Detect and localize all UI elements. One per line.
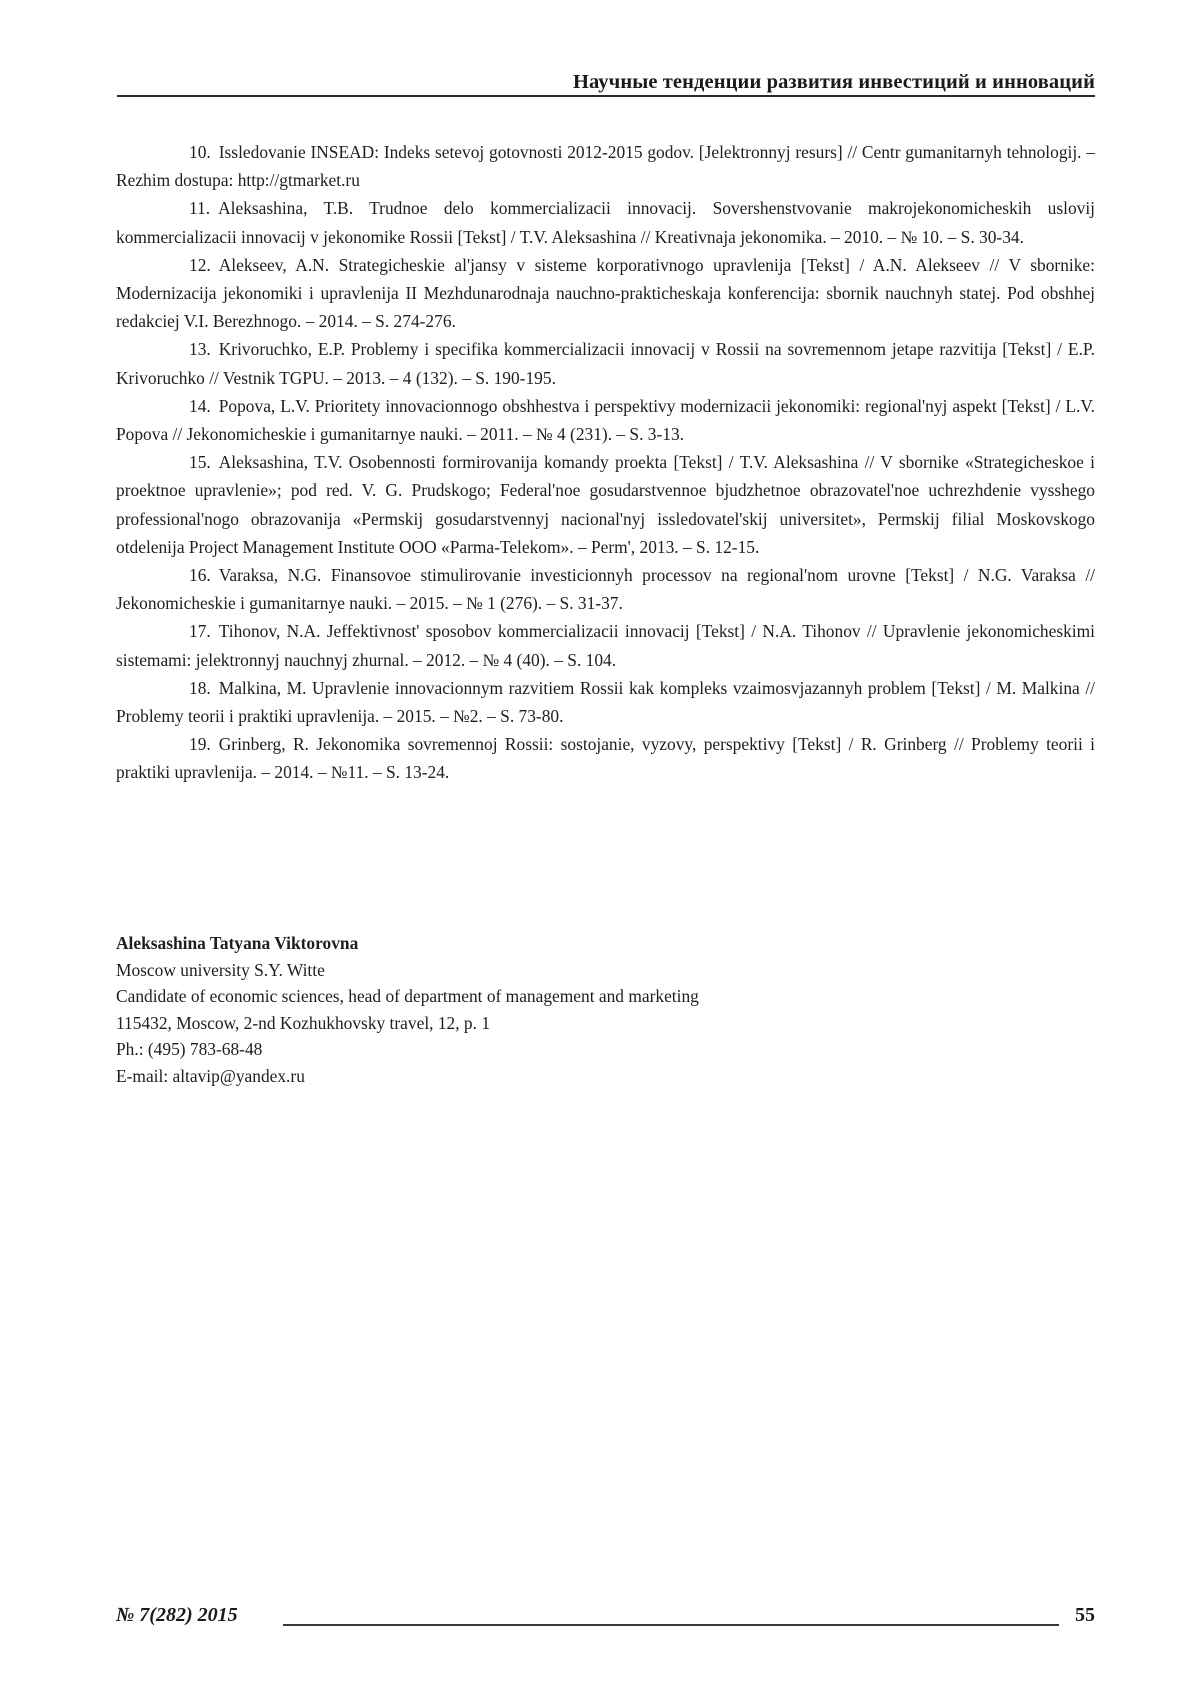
reference-number: 15. — [189, 452, 211, 472]
issue-number: № 7(282) 2015 — [116, 1603, 238, 1627]
reference-text: Popova, L.V. Prioritety innovacionnogo o… — [116, 396, 1095, 444]
reference-text: Tihonov, N.A. Jeffektivnost' sposobov ko… — [116, 621, 1095, 669]
reference-text: Varaksa, N.G. Finansovoe stimulirovanie … — [116, 565, 1095, 613]
reference-text: Malkina, M. Upravlenie innovacionnym raz… — [116, 678, 1095, 726]
reference-text: Alekseev, A.N. Strategicheskie al'jansy … — [116, 255, 1095, 331]
reference-number: 16. — [189, 565, 211, 585]
reference-item: 11.Aleksashina, T.B. Trudnoe delo kommer… — [116, 194, 1095, 250]
author-name: Aleksashina Tatyana Viktorovna — [116, 930, 1016, 957]
reference-number: 12. — [189, 255, 211, 275]
reference-text: Aleksashina, T.V. Osobennosti formirovan… — [116, 452, 1095, 557]
reference-item: 10.Issledovanie INSEAD: Indeks setevoj g… — [116, 138, 1095, 194]
reference-number: 13. — [189, 339, 211, 359]
reference-item: 18.Malkina, M. Upravlenie innovacionnym … — [116, 674, 1095, 730]
author-email: E-mail: altavip@yandex.ru — [116, 1063, 1016, 1090]
author-position: Candidate of economic sciences, head of … — [116, 983, 1016, 1010]
author-phone: Ph.: (495) 783-68-48 — [116, 1036, 1016, 1063]
running-header-title: Научные тенденции развития инвестиций и … — [117, 70, 1095, 94]
reference-text: Issledovanie INSEAD: Indeks setevoj goto… — [116, 142, 1095, 190]
reference-number: 10. — [189, 142, 211, 162]
reference-number: 18. — [189, 678, 211, 698]
reference-number: 17. — [189, 621, 211, 641]
reference-text: Krivoruchko, E.P. Problemy i specifika k… — [116, 339, 1095, 387]
reference-item: 14.Popova, L.V. Prioritety innovacionnog… — [116, 392, 1095, 448]
author-address: 115432, Moscow, 2-nd Kozhukhovsky travel… — [116, 1010, 1016, 1037]
reference-text: Aleksashina, T.B. Trudnoe delo kommercia… — [116, 198, 1095, 246]
reference-item: 17.Tihonov, N.A. Jeffektivnost' sposobov… — [116, 617, 1095, 673]
author-affiliation: Moscow university S.Y. Witte — [116, 957, 1016, 984]
reference-number: 11. — [189, 198, 210, 218]
reference-item: 19.Grinberg, R. Jekonomika sovremennoj R… — [116, 730, 1095, 786]
footer-rule — [283, 1624, 1059, 1626]
reference-item: 12.Alekseev, A.N. Strategicheskie al'jan… — [116, 251, 1095, 336]
reference-item: 15.Aleksashina, T.V. Osobennosti formiro… — [116, 448, 1095, 561]
reference-text: Grinberg, R. Jekonomika sovremennoj Ross… — [116, 734, 1095, 782]
reference-item: 16.Varaksa, N.G. Finansovoe stimulirovan… — [116, 561, 1095, 617]
reference-list: 10.Issledovanie INSEAD: Indeks setevoj g… — [116, 138, 1095, 787]
author-info: Aleksashina Tatyana Viktorovna Moscow un… — [116, 930, 1016, 1089]
page-number: 55 — [1075, 1603, 1095, 1627]
reference-number: 14. — [189, 396, 211, 416]
reference-item: 13.Krivoruchko, E.P. Problemy i specifik… — [116, 335, 1095, 391]
header-rule — [117, 95, 1095, 97]
reference-number: 19. — [189, 734, 211, 754]
page-footer: № 7(282) 2015 55 — [116, 1603, 1095, 1633]
